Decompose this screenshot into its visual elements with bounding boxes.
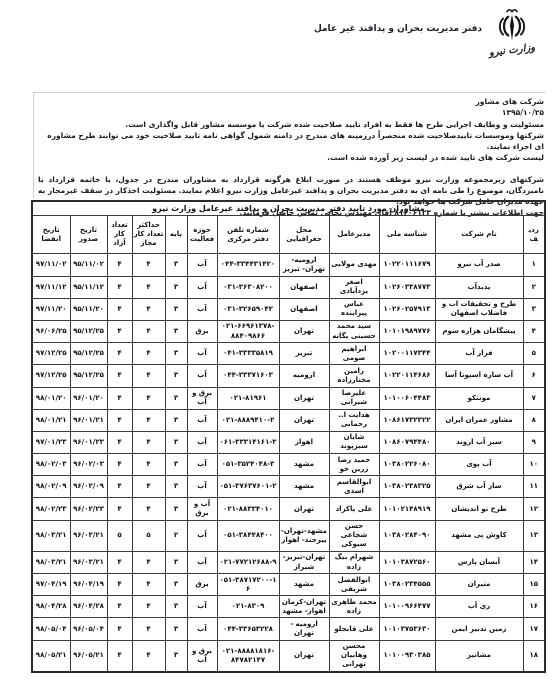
- cell-free-jobs: ۴: [107, 454, 132, 476]
- table-row: ۳طرح و تحقیقات اب و فاضلاب اصفهان۱۰۲۶۰۲۵…: [32, 298, 545, 320]
- cell-grade: ۳: [165, 551, 187, 573]
- cell-row-number: ۱۲: [523, 498, 545, 520]
- cell-company-name: طرح نو اندیشان: [435, 498, 523, 520]
- cell-grade: ۳: [165, 254, 187, 276]
- cell-activity: آب: [187, 276, 217, 298]
- table-head: مشاوران مورد تایید دفتر مدیریت بحران و پ…: [32, 201, 545, 254]
- cell-location: مشهد: [279, 574, 329, 596]
- table-row: ۹سبز آب اروند۱۰۸۶۰۷۹۴۴۸۰شایان سبزپونداهو…: [32, 431, 545, 453]
- intro-line: شرکتها وموسسات تاییدصلاحیت شده منحصراً د…: [38, 130, 544, 153]
- cell-max-jobs: ۴: [132, 254, 165, 276]
- cell-national-id: ۱۰۲۰۰۱۱۷۳۴۴: [379, 343, 435, 365]
- cell-free-jobs: ۴: [107, 365, 132, 387]
- cell-expiry-date: ۹۷/۱۲/۲۵: [32, 343, 70, 365]
- cell-expiry-date: ۹۶/۰۶/۲۵: [32, 320, 70, 342]
- cell-national-id: ۱۰۸۶۰۷۹۴۴۸۰: [379, 431, 435, 453]
- cell-phone: ۰۴۴-۳۳۴۴۳۱۴۲۰: [217, 254, 279, 276]
- cell-expiry-date: ۹۷/۱۱/۲۰: [32, 298, 70, 320]
- cell-issue-date: ۹۶/۰۳/۲۱: [70, 520, 107, 551]
- cell-ceo: علیرضا شیرانی: [329, 387, 379, 409]
- col-header-expiry-date: تاریخ انقضا: [32, 216, 70, 254]
- cell-activity: برق و آب: [187, 640, 217, 672]
- col-header-national-id: شناسه ملی: [379, 216, 435, 254]
- cell-location: تهران: [279, 387, 329, 409]
- cell-phone: ۰۲۱-۸۸۳۳۴۰۱۰: [217, 498, 279, 520]
- cell-phone: ۰۲۱-۷۷۲۱۲۶۸۸-۹: [217, 551, 279, 573]
- cell-phone: ۰۲۱-۸۸۸۹۴۱۰-۲: [217, 409, 279, 431]
- cell-ceo: علی قابجلو: [329, 618, 379, 640]
- cell-max-jobs: ۵: [132, 520, 165, 551]
- cell-national-id: ۱۰۲۲۰۱۱۱۶۷۹: [379, 254, 435, 276]
- cell-activity: آب: [187, 551, 217, 573]
- cell-issue-date: ۹۶/۰۴/۱۹: [70, 574, 107, 596]
- cell-national-id: ۱۰۲۶۰۳۳۸۷۷۳: [379, 276, 435, 298]
- cell-grade: ۳: [165, 298, 187, 320]
- cell-phone: ۰۳۱-۳۲۶۵۹۰۴۲: [217, 298, 279, 320]
- cell-national-id: ۱۰۱۰۲۱۴۸۹۱۹: [379, 498, 435, 520]
- cell-ceo: مهدی مولایی: [329, 254, 379, 276]
- cell-grade: ۲: [165, 520, 187, 551]
- cell-max-jobs: ۴: [132, 431, 165, 453]
- cell-free-jobs: ۴: [107, 618, 132, 640]
- office-title: دفتر مدیریت بحران و پدافند غیر عامل: [314, 24, 482, 34]
- cell-row-number: ۱۴: [523, 551, 545, 573]
- cell-activity: آب: [187, 596, 217, 618]
- cell-row-number: ۱۱: [523, 476, 545, 498]
- cell-location: اصفهان: [279, 298, 329, 320]
- cell-max-jobs: ۴: [132, 476, 165, 498]
- cell-free-jobs: ۴: [107, 498, 132, 520]
- intro-line: لیست شرکت های تایید شده در لیست زیر آورد…: [38, 152, 544, 163]
- cell-max-jobs: ۴: [132, 276, 165, 298]
- cell-ceo: هدایت ا.. رحمانی: [329, 409, 379, 431]
- cell-company-name: آبسان پارس: [435, 551, 523, 573]
- cell-row-number: ۱۷: [523, 618, 545, 640]
- cell-grade: ۳: [165, 476, 187, 498]
- cell-ceo: رامین مختارزاده: [329, 365, 379, 387]
- cell-grade: ۳: [165, 276, 187, 298]
- cell-issue-date: ۹۶/۰۱/۲۰: [70, 387, 107, 409]
- cell-activity: برق و آب: [187, 387, 217, 409]
- cell-issue-date: ۹۶/۰۴/۲۸: [70, 596, 107, 618]
- cell-row-number: ۳: [523, 298, 545, 320]
- cell-row-number: ۱۸: [523, 640, 545, 672]
- cell-grade: ۳: [165, 498, 187, 520]
- table-row: ۵فراز آب۱۰۲۰۰۱۱۷۳۴۴ابراهیم صومیتبریز۰۴۱-…: [32, 343, 545, 365]
- cell-phone: ۰۵۱-۳۷۶۳۷۶۰۱-۲: [217, 476, 279, 498]
- cell-company-name: آب سازه اسپوتا آسا: [435, 365, 523, 387]
- intro-heading: شرکت های مشاور: [38, 96, 544, 107]
- cell-issue-date: ۹۶/۰۱/۲۳: [70, 431, 107, 453]
- cell-expiry-date: ۹۸/۰۱/۲۱: [32, 409, 70, 431]
- document-page: وزارت نیرو دفتر مدیریت بحران و پدافند غی…: [0, 0, 554, 700]
- consultants-table: مشاوران مورد تایید دفتر مدیریت بحران و پ…: [31, 200, 546, 673]
- table-row: ۱۴آبسان پارس۱۰۱۰۳۸۷۲۵۶۰شهرام بیگ زادهتهر…: [32, 551, 545, 573]
- cell-issue-date: ۹۶/۰۵/۰۴: [70, 618, 107, 640]
- cell-national-id: ۱۰۳۸۰۲۳۸۳۲۵: [379, 476, 435, 498]
- cell-phone: ۰۴۴-۳۳۳۷۱۶۰۳: [217, 365, 279, 387]
- cell-grade: ۳: [165, 387, 187, 409]
- cell-row-number: ۱۵: [523, 574, 545, 596]
- cell-ceo: حمید رضا زرین خو: [329, 454, 379, 476]
- cell-company-name: پدیدآب: [435, 276, 523, 298]
- cell-phone: ۰۳۱-۳۶۳۰۸۲۰۰: [217, 276, 279, 298]
- cell-free-jobs: ۴: [107, 387, 132, 409]
- cell-company-name: مشاور عمران ایران: [435, 409, 523, 431]
- cell-grade: ۳: [165, 640, 187, 672]
- cell-national-id: ۱۰۲۲۰۱۱۴۶۸۶: [379, 365, 435, 387]
- cell-ceo: ابراهیم صومی: [329, 343, 379, 365]
- col-header-location: محل جغرافیایی: [279, 216, 329, 254]
- table-row: ۱۲طرح نو اندیشان۱۰۱۰۲۱۴۸۹۱۹علی پاکزادتهر…: [32, 498, 545, 520]
- cell-row-number: ۱: [523, 254, 545, 276]
- col-header-issue-date: تاریخ صدور: [70, 216, 107, 254]
- iran-emblem-icon: وزارت نیرو: [488, 6, 536, 56]
- cell-expiry-date: ۹۷/۱۱/۱۲: [32, 276, 70, 298]
- cell-phone: ۰۴۴-۳۳۶۵۳۲۲۸: [217, 618, 279, 640]
- cell-company-name: ساز آب شرق: [435, 476, 523, 498]
- cell-free-jobs: ۴: [107, 431, 132, 453]
- cell-grade: ۳: [165, 618, 187, 640]
- table-row: ۲پدیدآب۱۰۲۶۰۳۳۸۷۷۳اصغر یزدآبادیاصفهان۰۳۱…: [32, 276, 545, 298]
- cell-phone: ۰۲۱-۸۸۸۸۱۸۱۶- ۸۴۷۸۲۱۴۷: [217, 640, 279, 672]
- cell-company-name: سبز آب اروند: [435, 431, 523, 453]
- cell-free-jobs: ۴: [107, 254, 132, 276]
- intro-date: ۱۳۹۵/۱۰/۲۵: [38, 107, 544, 118]
- cell-row-number: ۱۳: [523, 520, 545, 551]
- cell-expiry-date: ۹۸/۰۵/۰۴: [32, 618, 70, 640]
- cell-location: تهران-تبریز-شیراز: [279, 551, 329, 573]
- cell-phone: ۰۲۱-۶۶۹۶۱۳۷۸- ۸۸۴۰۹۸۶۶: [217, 320, 279, 342]
- cell-location: مشهد: [279, 476, 329, 498]
- cell-free-jobs: ۴: [107, 320, 132, 342]
- cell-company-name: پیشگامان هزاره سوم: [435, 320, 523, 342]
- cell-issue-date: ۹۶/۰۳/۲۱: [70, 551, 107, 573]
- cell-activity: آب: [187, 343, 217, 365]
- cell-location: تهران: [279, 498, 329, 520]
- cell-free-jobs: ۴: [107, 276, 132, 298]
- cell-free-jobs: ۴: [107, 343, 132, 365]
- cell-location: ارومیه - تهران: [279, 618, 329, 640]
- cell-activity: آب: [187, 298, 217, 320]
- cell-issue-date: ۹۵/۱۲/۲۵: [70, 320, 107, 342]
- cell-max-jobs: ۴: [132, 454, 165, 476]
- intro-line: مسئولیت و وظایف اجرایی طرح ها فقط به افر…: [38, 119, 544, 130]
- col-header-ceo: مدیرعامل: [329, 216, 379, 254]
- cell-activity: آب و برق: [187, 498, 217, 520]
- cell-expiry-date: ۹۸/۰۲/۰۹: [32, 476, 70, 498]
- cell-free-jobs: ۵: [107, 520, 132, 551]
- cell-issue-date: ۹۵/۱۱/۲۰: [70, 298, 107, 320]
- cell-free-jobs: ۴: [107, 476, 132, 498]
- cell-location: ارومیه: [279, 365, 329, 387]
- cell-row-number: ۴: [523, 320, 545, 342]
- cell-free-jobs: ۴: [107, 596, 132, 618]
- cell-company-name: طرح و تحقیقات اب و فاضلاب اصفهان: [435, 298, 523, 320]
- cell-grade: ۳: [165, 431, 187, 453]
- cell-issue-date: ۹۶/۰۲/۲۳: [70, 498, 107, 520]
- cell-ceo: ابوالقاسم اسدی: [329, 476, 379, 498]
- cell-ceo: شایان سبزپوند: [329, 431, 379, 453]
- table-header-row: ردیفنام شرکتشناسه ملیمدیرعاملمحل جغرافیا…: [32, 216, 545, 254]
- cell-issue-date: ۹۵/۱۱/۰۲: [70, 254, 107, 276]
- cell-max-jobs: ۴: [132, 320, 165, 342]
- table-row: ۱۸مشانیر۱۰۱۰۰۹۳۰۳۸۵محسن وهابیان تهرانیته…: [32, 640, 545, 672]
- cell-company-name: ری آب: [435, 596, 523, 618]
- cell-grade: ۳: [165, 596, 187, 618]
- cell-ceo: شهرام بیگ زاده: [329, 551, 379, 573]
- cell-expiry-date: ۹۸/۰۴/۲۸: [32, 596, 70, 618]
- cell-activity: آب: [187, 365, 217, 387]
- cell-grade: ۳: [165, 574, 187, 596]
- cell-national-id: ۱۰۱۰۰۹۶۶۴۷۷: [379, 596, 435, 618]
- cell-free-jobs: ۴: [107, 551, 132, 573]
- cell-location: تهران: [279, 640, 329, 672]
- cell-ceo: اصغر یزدآبادی: [329, 276, 379, 298]
- table-row: ۴پیشگامان هزاره سوم۱۰۱۰۱۹۸۹۷۷۶سید محمد ح…: [32, 320, 545, 342]
- cell-expiry-date: ۹۸/۰۲/۲۳: [32, 498, 70, 520]
- cell-expiry-date: ۹۸/۰۳/۲۱: [32, 551, 70, 573]
- cell-phone: ۰۵۱-۳۵۲۴۰۴۸-۳: [217, 454, 279, 476]
- cell-activity: آب: [187, 476, 217, 498]
- cell-issue-date: ۹۶/۰۲/۰۹: [70, 476, 107, 498]
- cell-issue-date: ۹۶/۰۵/۲۱: [70, 640, 107, 672]
- cell-phone: ۰۵۱-۳۸۷۱۷۲۰۰-۱۶: [217, 574, 279, 596]
- table-row: ۱۶ری آب۱۰۱۰۰۹۶۶۴۷۷محمد طاهری زادهتهران-ک…: [32, 596, 545, 618]
- cell-national-id: ۱۰۱۰۰۶۰۴۴۸۳: [379, 387, 435, 409]
- col-header-row-number: ردیف: [523, 216, 545, 254]
- cell-issue-date: ۹۵/۱۲/۲۵: [70, 343, 107, 365]
- cell-national-id: ۱۰۳۸۰۲۳۴۵۵۵: [379, 574, 435, 596]
- cell-max-jobs: ۴: [132, 409, 165, 431]
- table-body: ۱صدر آب نیرو۱۰۲۲۰۱۱۱۶۷۹مهدی مولاییارومیه…: [32, 254, 545, 672]
- cell-row-number: ۲: [523, 276, 545, 298]
- table-row: ۶آب سازه اسپوتا آسا۱۰۲۲۰۱۱۴۶۸۶رامین مختا…: [32, 365, 545, 387]
- cell-max-jobs: ۴: [132, 498, 165, 520]
- table-row: ۱صدر آب نیرو۱۰۲۲۰۱۱۱۶۷۹مهدی مولاییارومیه…: [32, 254, 545, 276]
- cell-company-name: مشانیر: [435, 640, 523, 672]
- cell-location: اهواز: [279, 431, 329, 453]
- cell-row-number: ۱۶: [523, 596, 545, 618]
- cell-activity: آب: [187, 454, 217, 476]
- cell-ceo: محمد طاهری زاده: [329, 596, 379, 618]
- cell-expiry-date: ۹۷/۱۱/۰۲: [32, 254, 70, 276]
- cell-phone: ۰۲۱-۸۱۹۶۱: [217, 387, 279, 409]
- cell-max-jobs: ۴: [132, 574, 165, 596]
- cell-expiry-date: ۹۸/۰۱/۲۰: [32, 387, 70, 409]
- cell-ceo: سید محمد حسینی یگانه: [329, 320, 379, 342]
- cell-activity: آب: [187, 520, 217, 551]
- cell-national-id: ۱۰۲۶۰۲۵۷۹۱۳: [379, 298, 435, 320]
- cell-location: تهران: [279, 320, 329, 342]
- cell-grade: ۳: [165, 409, 187, 431]
- cell-activity: آب: [187, 431, 217, 453]
- cell-free-jobs: ۴: [107, 298, 132, 320]
- cell-ceo: محسن وهابیان تهرانی: [329, 640, 379, 672]
- cell-company-name: صدر آب نیرو: [435, 254, 523, 276]
- intro-block: شرکت های مشاور ۱۳۹۵/۱۰/۲۵ مسئولیت و وظای…: [33, 92, 546, 198]
- cell-row-number: ۹: [523, 431, 545, 453]
- col-header-phone: شماره تلفن دفتر مرکزی: [217, 216, 279, 254]
- table-row: ۱۵متیران۱۰۳۸۰۲۳۴۵۵۵ابوالفضل شریفیمشهد۰۵۱…: [32, 574, 545, 596]
- cell-national-id: ۱۰۱۰۱۹۸۹۷۷۶: [379, 320, 435, 342]
- cell-expiry-date: ۹۷/۰۱/۲۳: [32, 431, 70, 453]
- cell-location: مشهد: [279, 454, 329, 476]
- cell-free-jobs: ۴: [107, 640, 132, 672]
- cell-location: ارومیه-تهران- تبریز: [279, 254, 329, 276]
- cell-phone: ۰۲۱-۸۳۰۹: [217, 596, 279, 618]
- table-row: ۱۳کاوش پی مشهد۱۰۳۸۰۲۸۴۰۹۰حسن شجاعی سیوکی…: [32, 520, 545, 551]
- cell-phone: ۰۵۱-۳۸۴۴۸۴۰۰: [217, 520, 279, 551]
- table-row: ۷موننکو۱۰۱۰۰۶۰۴۴۸۳علیرضا شیرانیتهران۰۲۱-…: [32, 387, 545, 409]
- cell-national-id: ۱۰۳۸۰۲۸۴۰۹۰: [379, 520, 435, 551]
- cell-issue-date: ۹۵/۱۱/۱۲: [70, 276, 107, 298]
- cell-national-id: ۱۰۱۰۰۹۳۰۳۸۵: [379, 640, 435, 672]
- col-header-max-jobs: حداکثر تعداد کار مجاز: [132, 216, 165, 254]
- cell-row-number: ۷: [523, 387, 545, 409]
- cell-free-jobs: ۴: [107, 574, 132, 596]
- table-row: ۱۱ساز آب شرق۱۰۳۸۰۲۳۸۳۲۵ابوالقاسم اسدیمشه…: [32, 476, 545, 498]
- cell-activity: آب: [187, 618, 217, 640]
- cell-expiry-date: ۹۸/۰۲/۰۳: [32, 454, 70, 476]
- col-header-company-name: نام شرکت: [435, 216, 523, 254]
- cell-company-name: موننکو: [435, 387, 523, 409]
- cell-activity: برق: [187, 574, 217, 596]
- cell-company-name: زمین تدبیر ایمن: [435, 618, 523, 640]
- cell-activity: برق: [187, 320, 217, 342]
- cell-location: تهران: [279, 409, 329, 431]
- cell-free-jobs: ۴: [107, 409, 132, 431]
- cell-max-jobs: ۴: [132, 298, 165, 320]
- cell-location: تهران-کرمان اهواز- مشهد: [279, 596, 329, 618]
- cell-national-id: ۱۰۱۰۳۷۵۳۶۳۰: [379, 618, 435, 640]
- cell-row-number: ۵: [523, 343, 545, 365]
- cell-row-number: ۶: [523, 365, 545, 387]
- cell-company-name: متیران: [435, 574, 523, 596]
- cell-max-jobs: ۴: [132, 551, 165, 573]
- cell-phone: ۰۴۱-۳۳۳۳۵۸۱۹: [217, 343, 279, 365]
- cell-phone: ۰۶۱-۳۳۳۱۴۱۶۱-۳: [217, 431, 279, 453]
- cell-ceo: علی پاکزاد: [329, 498, 379, 520]
- table-row: ۱۰آب پوی۱۰۳۸۰۲۲۶۰۸۰حمید رضا زرین خومشهد۰…: [32, 454, 545, 476]
- cell-max-jobs: ۴: [132, 387, 165, 409]
- cell-issue-date: ۹۶/۰۲/۰۳: [70, 454, 107, 476]
- cell-expiry-date: ۹۷/۰۴/۱۹: [32, 574, 70, 596]
- col-header-free-jobs: تعداد کار آزاد: [107, 216, 132, 254]
- cell-company-name: کاوش پی مشهد: [435, 520, 523, 551]
- cell-grade: ۳: [165, 454, 187, 476]
- cell-max-jobs: ۴: [132, 596, 165, 618]
- cell-national-id: ۱۰۳۸۰۲۲۶۰۸۰: [379, 454, 435, 476]
- col-header-activity: حوزه فعالیت: [187, 216, 217, 254]
- cell-location: اصفهان: [279, 276, 329, 298]
- cell-national-id: ۱۰۸۶۱۷۳۲۳۲۲: [379, 409, 435, 431]
- cell-location: تبریز: [279, 343, 329, 365]
- table-title: مشاوران مورد تایید دفتر مدیریت بحران و پ…: [32, 201, 545, 216]
- cell-grade: ۳: [165, 320, 187, 342]
- cell-ceo: ابوالفضل شریفی: [329, 574, 379, 596]
- cell-issue-date: ۹۶/۰۱/۲۱: [70, 409, 107, 431]
- cell-ceo: عباس پیراینده: [329, 298, 379, 320]
- cell-max-jobs: ۴: [132, 618, 165, 640]
- cell-issue-date: ۹۵/۱۲/۲۵: [70, 365, 107, 387]
- cell-ceo: حسن شجاعی سیوکی: [329, 520, 379, 551]
- cell-expiry-date: ۹۸/۰۳/۲۱: [32, 520, 70, 551]
- cell-row-number: ۱۰: [523, 454, 545, 476]
- intro-spacer: [38, 164, 544, 174]
- col-header-grade: پایه: [165, 216, 187, 254]
- cell-company-name: فراز آب: [435, 343, 523, 365]
- cell-expiry-date: ۹۸/۰۵/۲۱: [32, 640, 70, 672]
- cell-activity: آب: [187, 254, 217, 276]
- cell-grade: ۳: [165, 343, 187, 365]
- cell-max-jobs: ۴: [132, 343, 165, 365]
- cell-national-id: ۱۰۱۰۳۸۷۲۵۶۰: [379, 551, 435, 573]
- cell-company-name: آب پوی: [435, 454, 523, 476]
- cell-max-jobs: ۴: [132, 640, 165, 672]
- cell-activity: آب: [187, 409, 217, 431]
- table-row: ۱۷زمین تدبیر ایمن۱۰۱۰۳۷۵۳۶۳۰علی قابجلوار…: [32, 618, 545, 640]
- cell-grade: ۳: [165, 365, 187, 387]
- cell-expiry-date: ۹۷/۱۲/۲۵: [32, 365, 70, 387]
- cell-max-jobs: ۴: [132, 365, 165, 387]
- table-row: ۸مشاور عمران ایران۱۰۸۶۱۷۳۲۳۲۲هدایت ا.. ر…: [32, 409, 545, 431]
- cell-row-number: ۸: [523, 409, 545, 431]
- cell-location: مشهد-تهران- بیرجند- اهواز: [279, 520, 329, 551]
